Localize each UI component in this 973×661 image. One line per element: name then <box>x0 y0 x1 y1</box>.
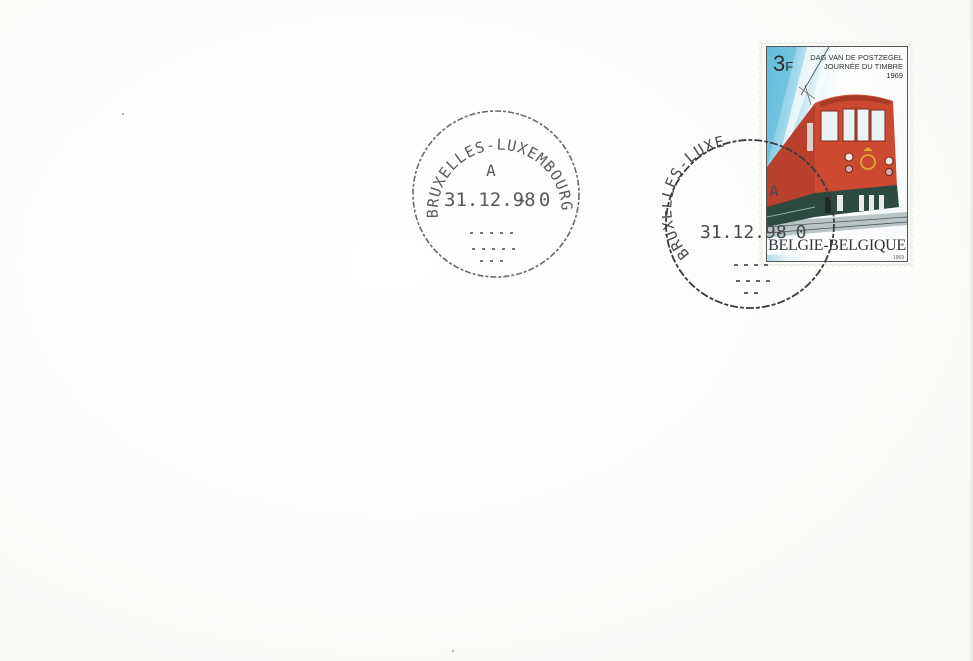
postmark-cancellation: BRUXELLES-LUXE A 31.12.98 - 0 <box>662 136 842 321</box>
stamp-print-year: 1969 <box>893 255 904 261</box>
postmark-bruxelles-luxembourg: BRUXELLES-LUXEMBOURG A 31.12.98 - 0 <box>408 108 588 293</box>
postmark-letter: A <box>769 182 778 200</box>
svg-text:BRUXELLES-LUXE: BRUXELLES-LUXE <box>662 136 727 263</box>
envelope: BRUXELLES-LUXEMBOURG A 31.12.98 - 0 <box>0 0 973 661</box>
paper-speck <box>452 650 454 652</box>
postmark-suffix: - 0 <box>516 189 550 211</box>
postmark-city-text: BRUXELLES-LUXE <box>662 136 727 263</box>
postmark-letter: A <box>486 161 496 180</box>
stamp-face-value: 3F <box>773 51 793 77</box>
paper-speck <box>122 113 124 115</box>
stamp-caption: DAG VAN DE POSTZEGEL JOURNÉE DU TIMBRE 1… <box>810 53 903 80</box>
postmark-suffix: - 0 <box>774 222 807 243</box>
